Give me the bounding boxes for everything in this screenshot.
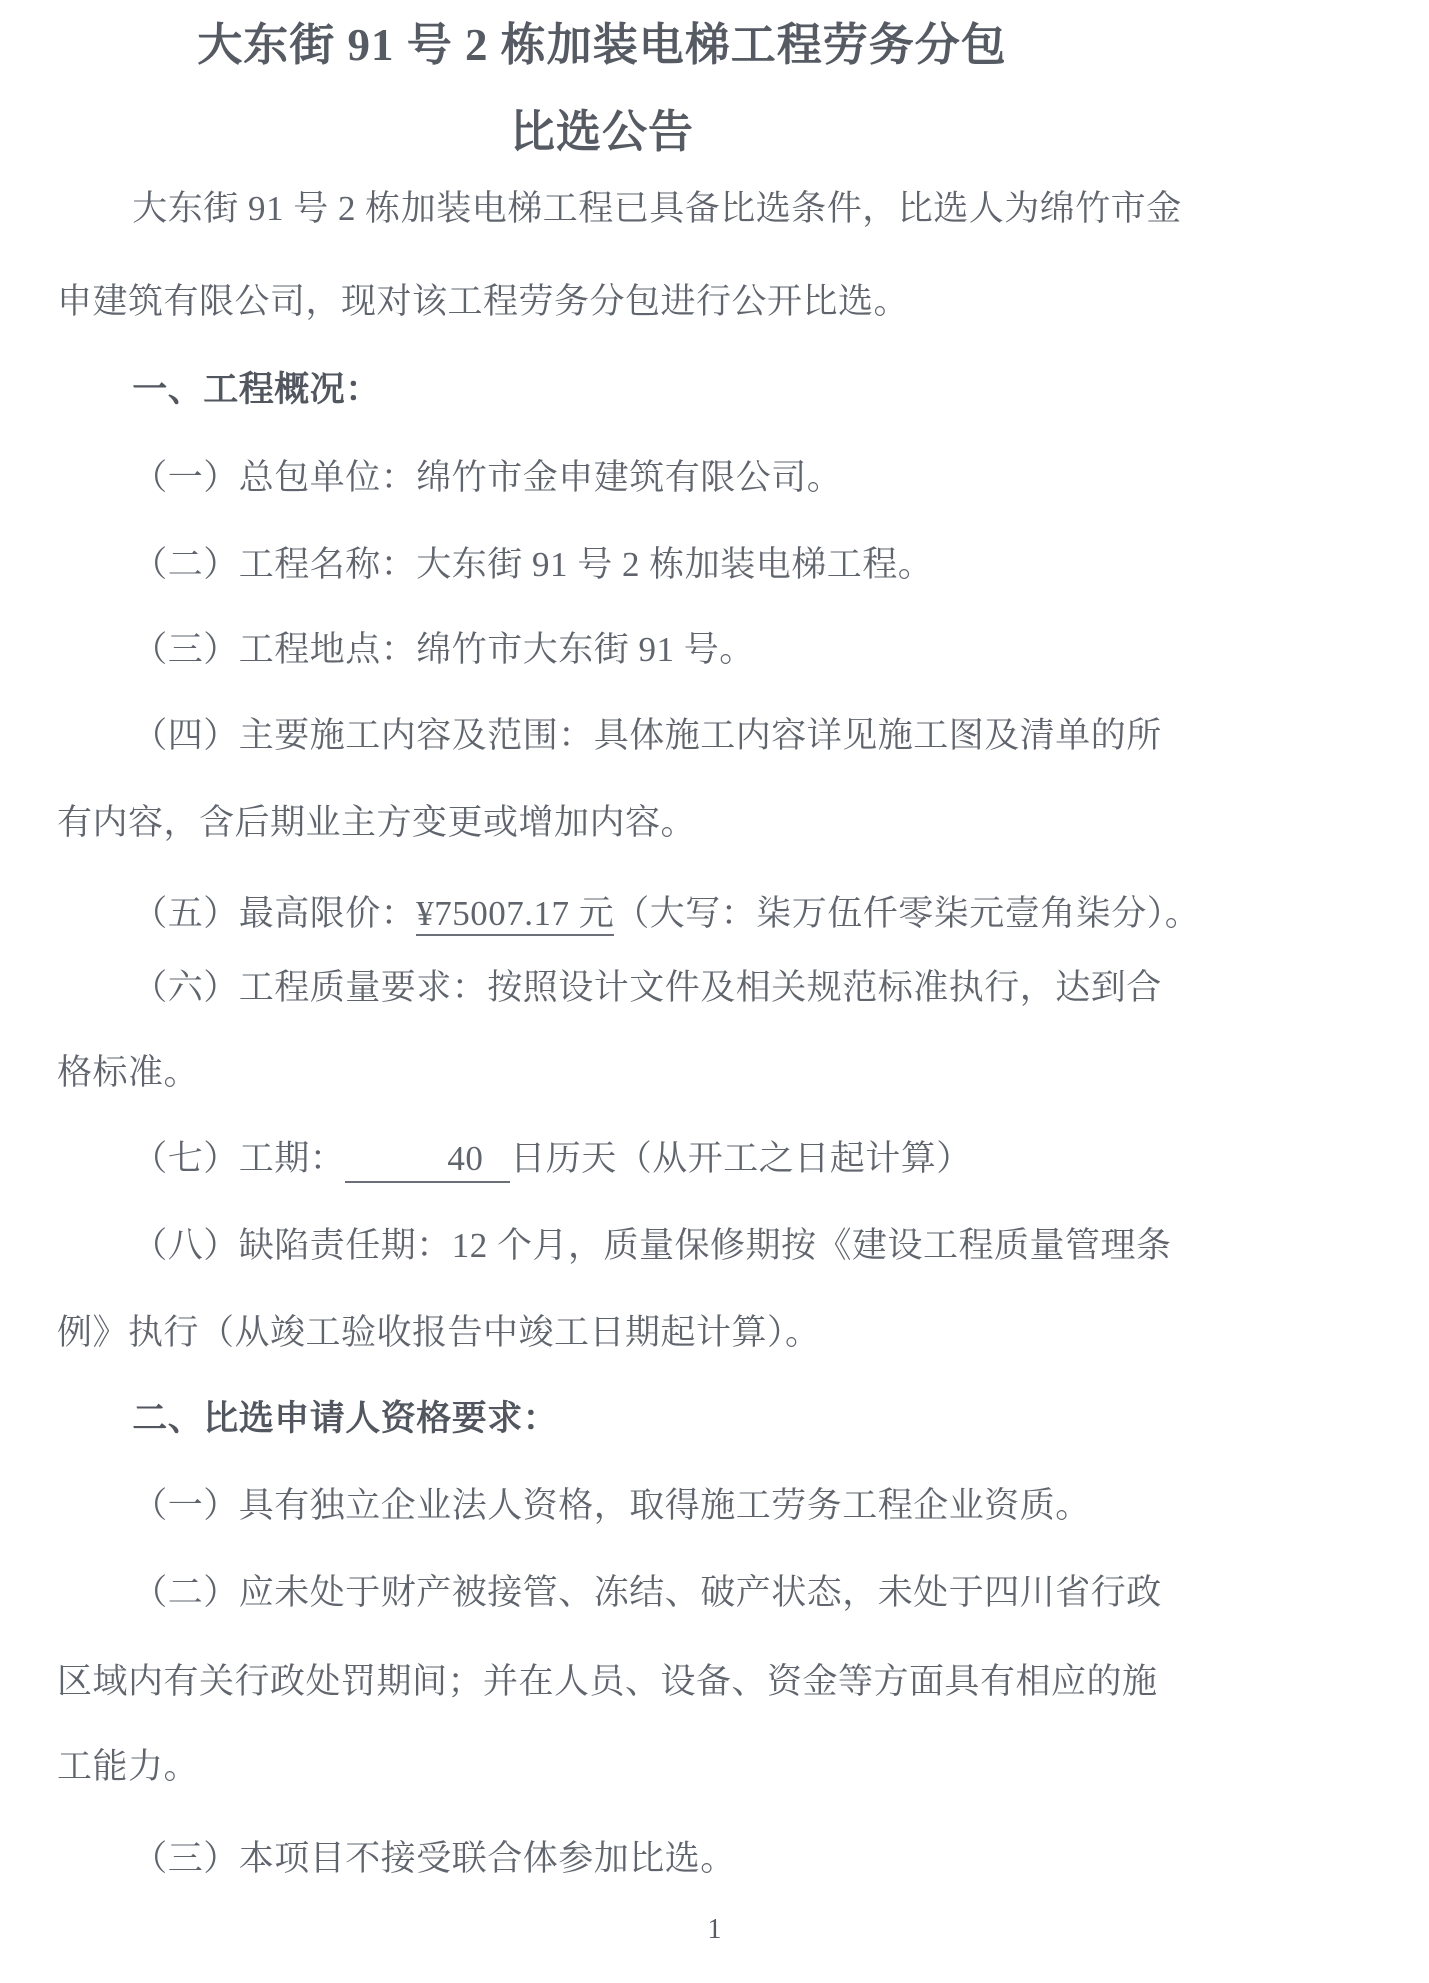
section2-item2-line1: （二）应未处于财产被接管、冻结、破产状态，未处于四川省行政	[57, 1572, 1147, 1614]
section1-item6-line1: （六）工程质量要求：按照设计文件及相关规范标准执行，达到合	[57, 967, 1147, 1009]
section2-item3: （三）本项目不接受联合体参加比选。	[57, 1838, 1147, 1880]
section1-item3: （三）工程地点：绵竹市大东街 91 号。	[57, 629, 1147, 671]
duration-value: 40	[345, 1138, 510, 1183]
intro-paragraph-line1: 大东街 91 号 2 栋加装电梯工程已具备比选条件，比选人为绵竹市金	[57, 188, 1147, 230]
scanned-document-page: 大东街 91 号 2 栋加装电梯工程劳务分包 比选公告 大东街 91 号 2 栋…	[0, 0, 1429, 1983]
section2-heading: 二、比选申请人资格要求：	[57, 1398, 1147, 1440]
section1-item8-line2: 例》执行（从竣工验收报告中竣工日期起计算）。	[57, 1312, 1147, 1354]
section1-item1: （一）总包单位：绵竹市金申建筑有限公司。	[57, 457, 1147, 499]
document-title-line1: 大东街 91 号 2 栋加装电梯工程劳务分包	[57, 18, 1147, 72]
section2-item2-line2: 区域内有关行政处罚期间；并在人员、设备、资金等方面具有相应的施	[57, 1661, 1147, 1703]
section1-item5: （五）最高限价：¥75007.17 元（大写：柒万伍仟零柒元壹角柒分）。	[57, 893, 1147, 935]
intro-paragraph-line2: 申建筑有限公司，现对该工程劳务分包进行公开比选。	[57, 281, 1147, 323]
section2-item1: （一）具有独立企业法人资格，取得施工劳务工程企业资质。	[57, 1485, 1147, 1527]
section1-item2: （二）工程名称：大东街 91 号 2 栋加装电梯工程。	[57, 544, 1147, 586]
section1-item4-line1: （四）主要施工内容及范围：具体施工内容详见施工图及清单的所	[57, 715, 1147, 757]
duration-unit-note: 日历天（从开工之日起计算）	[510, 1139, 972, 1178]
section1-item6-line2: 格标准。	[57, 1052, 1147, 1094]
section1-item7: （七）工期：40日历天（从开工之日起计算）	[57, 1138, 1147, 1183]
document-title-line2: 比选公告	[57, 105, 1147, 159]
max-price-value: ¥75007.17 元	[416, 894, 614, 936]
section1-item8-line1: （八）缺陷责任期：12 个月，质量保修期按《建设工程质量管理条	[57, 1225, 1147, 1267]
max-price-capital-words: （大写：柒万伍仟零柒元壹角柒分）。	[614, 894, 1200, 933]
section1-item4-line2: 有内容，含后期业主方变更或增加内容。	[57, 802, 1147, 844]
section1-heading: 一、工程概况：	[57, 369, 1147, 411]
max-price-label: （五）最高限价：	[132, 894, 416, 933]
duration-label: （七）工期：	[132, 1139, 345, 1178]
page-number: 1	[0, 1914, 1429, 1946]
section2-item2-line3: 工能力。	[57, 1746, 1147, 1788]
